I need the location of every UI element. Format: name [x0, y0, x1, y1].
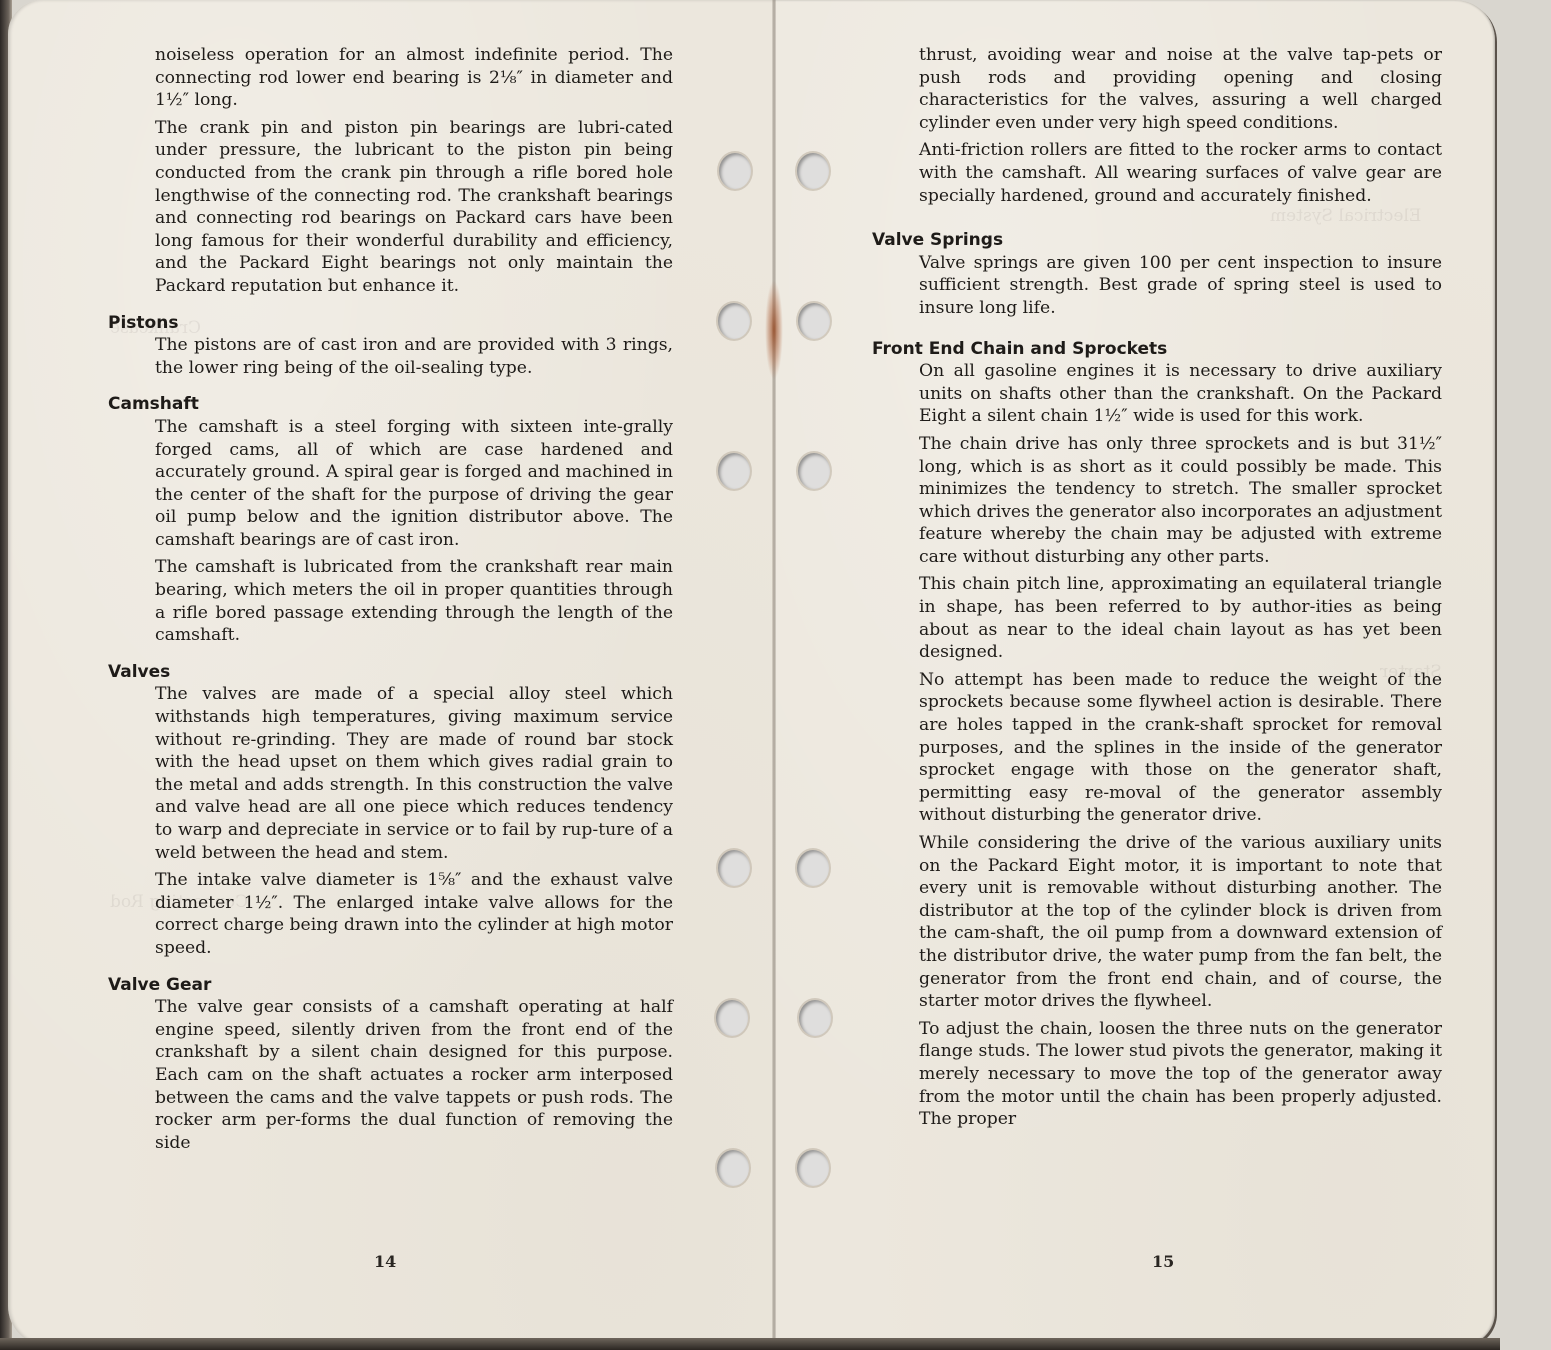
- paragraph: The crank pin and piston pin bearings ar…: [108, 117, 673, 298]
- binding-hole: [799, 1000, 831, 1036]
- left-page-text: noiseless operation for an almost indefi…: [108, 44, 673, 1168]
- section-heading: Valves: [108, 661, 673, 684]
- continued-section: thrust, avoiding wear and noise at the v…: [872, 44, 1442, 207]
- paragraph: While considering the drive of the vario…: [872, 832, 1442, 1013]
- paragraph: The valves are made of a special alloy s…: [108, 683, 673, 864]
- binding-hole: [719, 153, 751, 189]
- section-valve-gear: Valve Gear The valve gear consists of a …: [108, 974, 673, 1155]
- binding-hole: [797, 850, 829, 886]
- binding-hole: [717, 1150, 749, 1186]
- scan-edge-bottom: [0, 1338, 1500, 1350]
- section-heading: Camshaft: [108, 393, 673, 416]
- binding-hole: [797, 1150, 829, 1186]
- section-heading: Front End Chain and Sprockets: [872, 338, 1442, 361]
- paragraph: The valve gear consists of a camshaft op…: [108, 996, 673, 1154]
- binding-hole: [718, 850, 750, 886]
- section-front-end-chain-and-sprockets: Front End Chain and Sprockets On all gas…: [872, 338, 1442, 1131]
- binding-hole: [718, 453, 750, 489]
- section-heading: Valve Gear: [108, 974, 673, 997]
- page-number-right: 15: [1152, 1252, 1174, 1271]
- paragraph: No attempt has been made to reduce the w…: [872, 669, 1442, 827]
- paragraph: On all gasoline engines it is necessary …: [872, 360, 1442, 428]
- section-valve-springs: Valve Springs Valve springs are given 10…: [872, 229, 1442, 319]
- paragraph: The camshaft is a steel forging with six…: [108, 416, 673, 552]
- paragraph: The pistons are of cast iron and are pro…: [108, 334, 673, 379]
- paragraph: noiseless operation for an almost indefi…: [108, 44, 673, 112]
- binding-hole: [797, 153, 829, 189]
- page-number-left: 14: [374, 1252, 396, 1271]
- section-heading: Valve Springs: [872, 229, 1442, 252]
- section-camshaft: Camshaft The camshaft is a steel forging…: [108, 393, 673, 647]
- continued-section: noiseless operation for an almost indefi…: [108, 44, 673, 298]
- section-valves: Valves The valves are made of a special …: [108, 661, 673, 960]
- paragraph: This chain pitch line, approximating an …: [872, 573, 1442, 663]
- paragraph: The camshaft is lubricated from the cran…: [108, 556, 673, 646]
- section-pistons: Pistons The pistons are of cast iron and…: [108, 312, 673, 380]
- section-heading: Pistons: [108, 312, 673, 335]
- paragraph: The intake valve diameter is 1⅝″ and the…: [108, 869, 673, 959]
- binding-hole: [718, 303, 750, 339]
- binding-hole: [716, 1000, 748, 1036]
- paragraph: Valve springs are given 100 per cent ins…: [872, 252, 1442, 320]
- binding-hole: [798, 303, 830, 339]
- paragraph: thrust, avoiding wear and noise at the v…: [872, 44, 1442, 134]
- paragraph: The chain drive has only three sprockets…: [872, 433, 1442, 569]
- paragraph: To adjust the chain, loosen the three nu…: [872, 1018, 1442, 1131]
- binding-hole: [798, 453, 830, 489]
- book-spine-gutter: [772, 0, 776, 1346]
- paragraph: Anti-friction rollers are fitted to the …: [872, 139, 1442, 207]
- right-page-text: thrust, avoiding wear and noise at the v…: [872, 44, 1442, 1145]
- booklet-spread: Crankcase Connecting Rod Electrical Syst…: [0, 0, 1551, 1350]
- rust-stain: [765, 280, 783, 380]
